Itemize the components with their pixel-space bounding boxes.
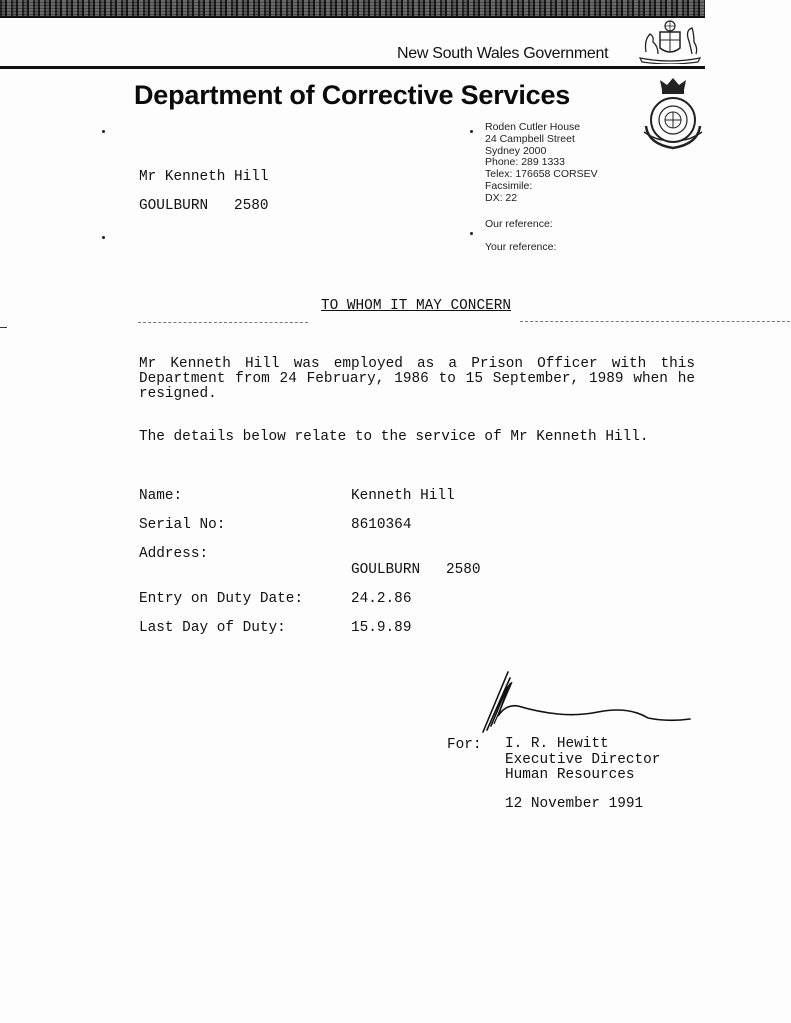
last-day-of-duty-label: Last Day of Duty: <box>139 620 286 636</box>
fold-line-left <box>138 322 308 324</box>
letter-date: 12 November 1991 <box>505 796 643 812</box>
margin-mark <box>0 327 7 328</box>
employment-paragraph: Mr Kenneth Hill was employed as a Prison… <box>139 357 695 402</box>
department-title: Department of Corrective Services <box>134 80 570 111</box>
name-label: Name: <box>139 488 182 504</box>
signatory-name: I. R. Hewitt <box>505 737 660 753</box>
signatory-title: Executive Director <box>505 753 660 769</box>
header-rule <box>0 66 705 69</box>
for-label: For: <box>447 737 482 753</box>
entry-on-duty-label: Entry on Duty Date: <box>139 591 303 607</box>
fold-line-right <box>520 321 790 323</box>
our-reference-label: Our reference: <box>485 218 553 230</box>
serial-no-label: Serial No: <box>139 517 225 533</box>
recipient-name: Mr Kenneth Hill <box>139 169 269 185</box>
last-day-of-duty-value: 15.9.89 <box>351 620 411 636</box>
sender-facsimile: Facsimile: <box>485 181 598 193</box>
punch-mark <box>470 232 473 235</box>
signatory-block: I. R. Hewitt Executive Director Human Re… <box>505 737 660 784</box>
signature <box>478 664 698 734</box>
address-value: GOULBURN 2580 <box>351 562 481 578</box>
punch-mark <box>102 236 105 239</box>
nsw-coat-of-arms-icon <box>636 18 704 64</box>
entry-on-duty-value: 24.2.86 <box>351 591 411 607</box>
sender-address-line: 24 Campbell Street <box>485 134 598 146</box>
serial-no-value: 8610364 <box>351 517 411 533</box>
recipient-town: GOULBURN 2580 <box>139 198 269 214</box>
government-name: New South Wales Government <box>397 45 608 63</box>
address-label: Address: <box>139 546 208 562</box>
punch-mark <box>102 130 105 133</box>
punch-mark <box>470 130 473 133</box>
sender-dx: DX: 22 <box>485 193 598 205</box>
letter-subject: TO WHOM IT MAY CONCERN <box>0 298 791 314</box>
corrective-services-crest-icon <box>638 76 708 154</box>
sender-address: Roden Cutler House 24 Campbell Street Sy… <box>485 122 598 205</box>
your-reference-label: Your reference: <box>485 241 556 253</box>
signatory-division: Human Resources <box>505 768 660 784</box>
scan-noise-band <box>0 0 705 18</box>
name-value: Kenneth Hill <box>351 488 455 504</box>
details-intro-paragraph: The details below relate to the service … <box>139 430 695 445</box>
